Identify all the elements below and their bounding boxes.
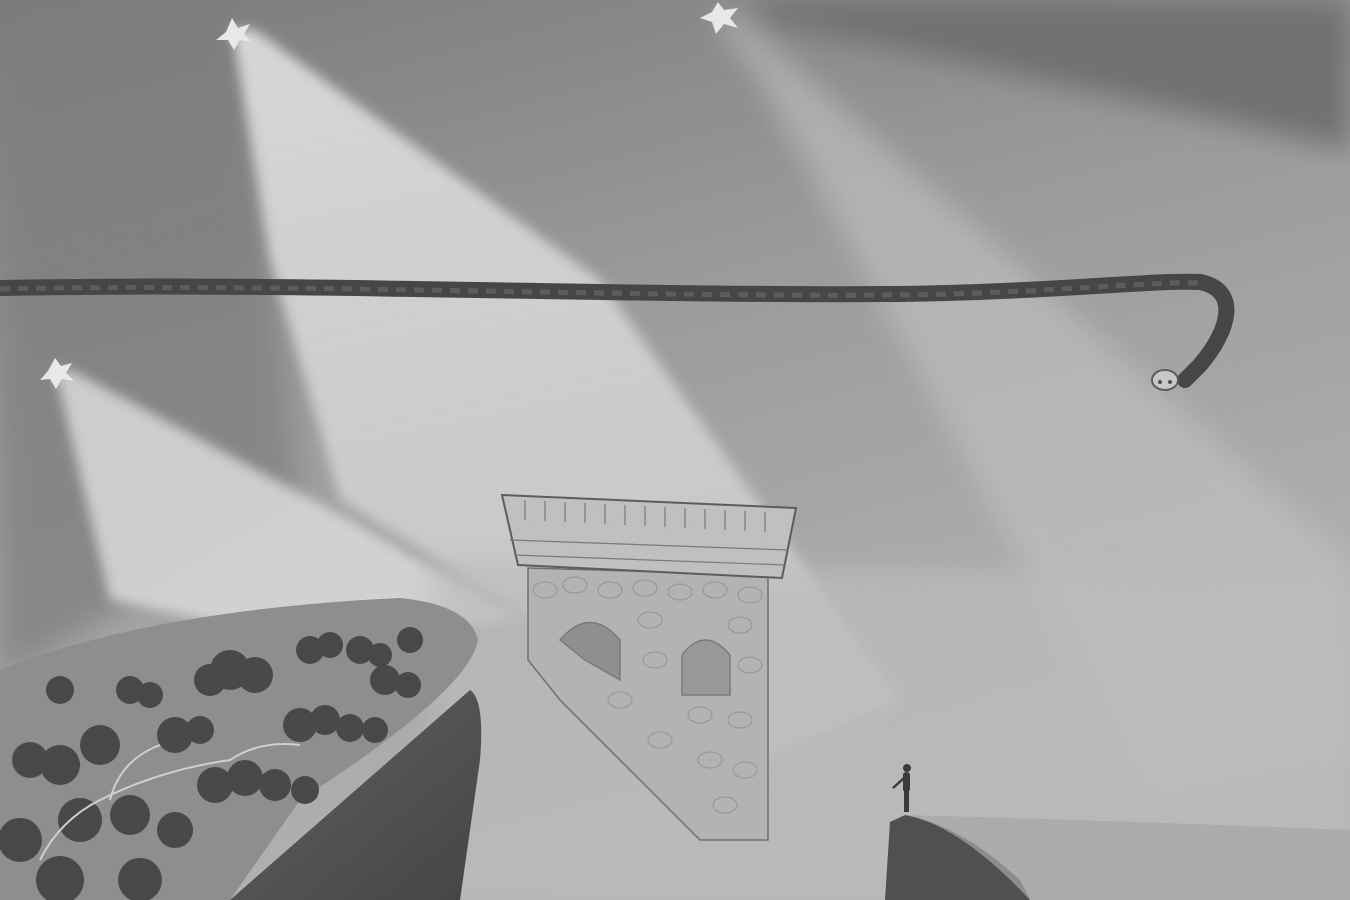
- painting-scene: [0, 0, 1350, 900]
- paper-texture: [0, 0, 1350, 900]
